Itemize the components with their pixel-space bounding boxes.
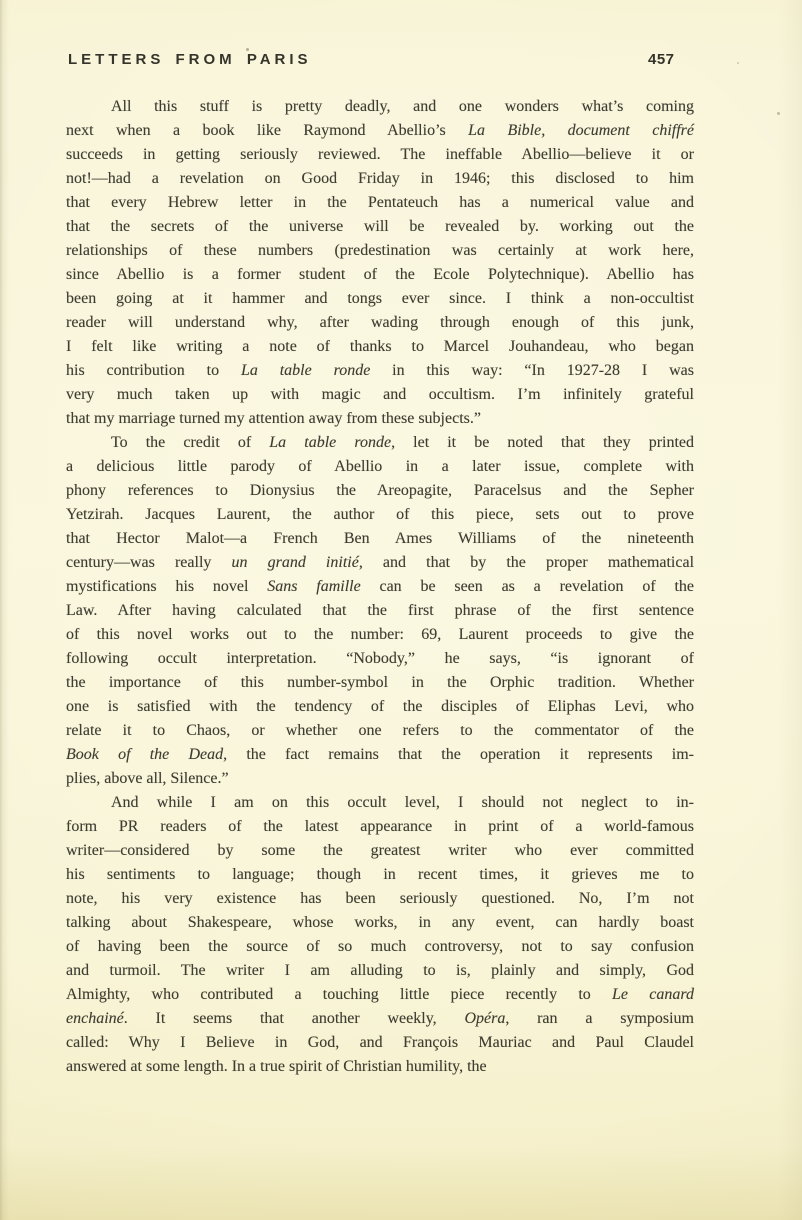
text-line: his contribution to La table ronde in th… <box>66 359 694 383</box>
text-line: that every Hebrew letter in the Pentateu… <box>66 191 694 215</box>
running-header: LETTERS FROM PARIS 457 <box>66 51 736 71</box>
body-text: All this stuff is pretty deadly, and one… <box>66 95 694 1079</box>
text-line: not!—had a revelation on Good Friday in … <box>66 167 694 191</box>
scan-speck <box>246 48 249 51</box>
text-line: I felt like writing a note of thanks to … <box>66 335 694 359</box>
text-line: enchainé. It seems that another weekly, … <box>66 1007 694 1031</box>
page-number: 457 <box>648 51 675 68</box>
text-line: a delicious little parody of Abellio in … <box>66 455 694 479</box>
running-header-title: LETTERS FROM PARIS <box>68 51 312 68</box>
text-line: answered at some length. In a true spiri… <box>66 1055 694 1079</box>
text-line: To the credit of La table ronde, let it … <box>66 431 694 455</box>
paragraph: All this stuff is pretty deadly, and one… <box>66 95 694 431</box>
text-line: succeeds in getting seriously reviewed. … <box>66 143 694 167</box>
text-line: following occult interpretation. “Nobody… <box>66 647 694 671</box>
text-line: very much taken up with magic and occult… <box>66 383 694 407</box>
text-line: mystifications his novel Sans famille ca… <box>66 575 694 599</box>
text-line: talking about Shakespeare, whose works, … <box>66 911 694 935</box>
scanned-page: LETTERS FROM PARIS 457 All this stuff is… <box>0 0 802 1220</box>
text-line: next when a book like Raymond Abellio’s … <box>66 119 694 143</box>
text-line: writer—considered by some the greatest w… <box>66 839 694 863</box>
paragraph: And while I am on this occult level, I s… <box>66 791 694 1079</box>
text-line: reader will understand why, after wading… <box>66 311 694 335</box>
text-line: All this stuff is pretty deadly, and one… <box>66 95 694 119</box>
text-line: century—was really un grand initié, and … <box>66 551 694 575</box>
text-line: Law. After having calculated that the fi… <box>66 599 694 623</box>
text-line: Almighty, who contributed a touching lit… <box>66 983 694 1007</box>
text-line: that the secrets of the universe will be… <box>66 215 694 239</box>
text-line: Book of the Dead, the fact remains that … <box>66 743 694 767</box>
text-line: that Hector Malot—a French Ben Ames Will… <box>66 527 694 551</box>
text-line: called: Why I Believe in God, and Franço… <box>66 1031 694 1055</box>
text-line: phony references to Dionysius the Areopa… <box>66 479 694 503</box>
text-line: Yetzirah. Jacques Laurent, the author of… <box>66 503 694 527</box>
text-line: relate it to Chaos, or whether one refer… <box>66 719 694 743</box>
scan-speck <box>737 62 739 64</box>
text-line: been going at it hammer and tongs ever s… <box>66 287 694 311</box>
text-line: And while I am on this occult level, I s… <box>66 791 694 815</box>
text-line: and turmoil. The writer I am alluding to… <box>66 959 694 983</box>
text-line: since Abellio is a former student of the… <box>66 263 694 287</box>
text-line: plies, above all, Silence.” <box>66 767 694 791</box>
text-line: form PR readers of the latest appearance… <box>66 815 694 839</box>
text-line: note, his very existence has been seriou… <box>66 887 694 911</box>
text-line: one is satisfied with the tendency of th… <box>66 695 694 719</box>
text-line: of having been the source of so much con… <box>66 935 694 959</box>
text-line: his sentiments to language; though in re… <box>66 863 694 887</box>
text-line: the importance of this number-symbol in … <box>66 671 694 695</box>
paragraph: To the credit of La table ronde, let it … <box>66 431 694 791</box>
text-line: of this novel works out to the number: 6… <box>66 623 694 647</box>
text-line: that my marriage turned my attention awa… <box>66 407 694 431</box>
scan-speck <box>777 112 780 115</box>
text-line: relationships of these numbers (predesti… <box>66 239 694 263</box>
